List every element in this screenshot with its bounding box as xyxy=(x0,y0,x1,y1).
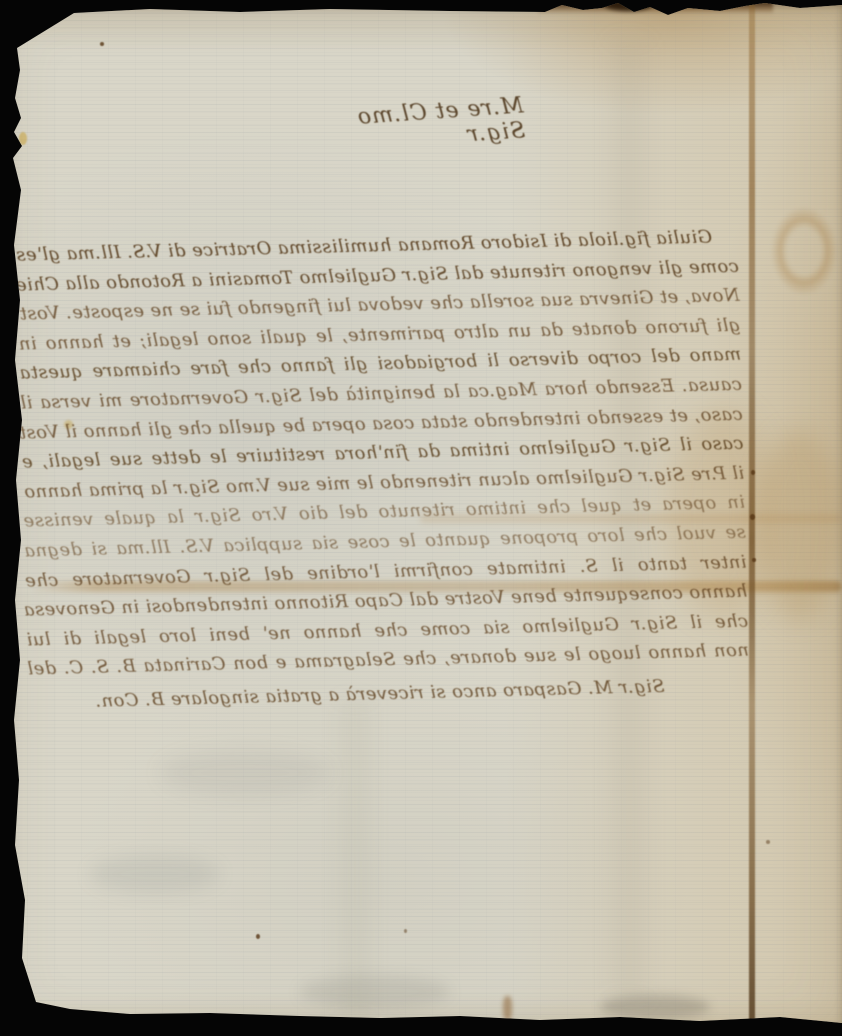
top-edge-burn-stain xyxy=(538,0,773,14)
ink-speck xyxy=(256,934,260,939)
body-line: gli furono donate da un altro parimente,… xyxy=(18,310,741,358)
soft-vertical-fold-shadow-2 xyxy=(340,700,370,1020)
gray-smudge xyxy=(90,855,220,893)
ink-speck-on-crease xyxy=(750,514,755,520)
ink-speck xyxy=(100,42,104,46)
body-line: se vuol che loro propone quanto le cose … xyxy=(24,518,747,566)
yellow-fleck xyxy=(64,420,73,429)
body-line: caso il Sig.r Guglielmo intima da fin'ho… xyxy=(21,429,744,477)
body-line: Giulia fig.liola di Isidoro Romana humil… xyxy=(16,222,739,270)
body-line: hanno consequente bene Vostre dal Capo R… xyxy=(25,577,748,625)
manuscript-scan: M.re et Cl.mo Sig.r Giulia fig.liola di … xyxy=(0,0,842,1036)
yellow-fleck-left-edge xyxy=(19,132,27,145)
body-line: come gli vengono ritenute dal Sig.r Gugl… xyxy=(17,251,740,299)
gray-smudge xyxy=(160,750,330,796)
bottom-edge-brown-streak xyxy=(503,996,512,1020)
faint-horizontal-stain-band xyxy=(420,514,842,523)
ink-speck xyxy=(766,840,770,844)
body-line: non hanno luogo le sue donare, che Selag… xyxy=(27,636,750,684)
closing-line: Sig.r M. Gasparo anco si riceverà a grat… xyxy=(90,672,671,717)
warm-stain-right-of-crease xyxy=(756,430,842,620)
ink-speck xyxy=(404,929,407,933)
body-line: Nova, et Ginevra sua sorella che vedova … xyxy=(17,281,740,329)
salutation-header-mirrored: M.re et Cl.mo Sig.r xyxy=(331,93,525,142)
body-line: causa. Essendo hora Mag.ca la benignità … xyxy=(20,370,743,418)
vertical-fold-crease xyxy=(749,0,755,1036)
body-line: in opera et quel che intimo ritenuto del… xyxy=(23,488,746,536)
letter-paper-verso: M.re et Cl.mo Sig.r Giulia fig.liola di … xyxy=(0,0,842,1036)
soft-vertical-fold-shadow xyxy=(612,40,646,1000)
body-line: mano del corpo diverso li borgiadosi gli… xyxy=(19,340,742,388)
horizontal-fold-stain-band xyxy=(30,581,842,592)
ink-speck-on-crease xyxy=(752,558,756,562)
letter-body-mirrored: Giulia fig.liola di Isidoro Romana humil… xyxy=(16,222,750,718)
body-line: il P.re Sig.r Guglielmo alcun ritenendo … xyxy=(22,458,745,506)
body-line: inter tanto il S. intimate confirmi l'or… xyxy=(24,547,747,595)
gray-smudge xyxy=(600,995,710,1019)
ring-stain xyxy=(772,208,836,294)
warm-stain-left-of-crease xyxy=(666,408,776,618)
top-edge-dark-spot xyxy=(604,0,652,11)
body-line: caso, et essendo intendendo stata cosa o… xyxy=(20,399,743,447)
ink-speck-on-crease xyxy=(751,470,755,475)
body-line: che il Sig.r Guglielmo sia come che hann… xyxy=(26,606,749,654)
gray-smudge xyxy=(300,975,450,1009)
